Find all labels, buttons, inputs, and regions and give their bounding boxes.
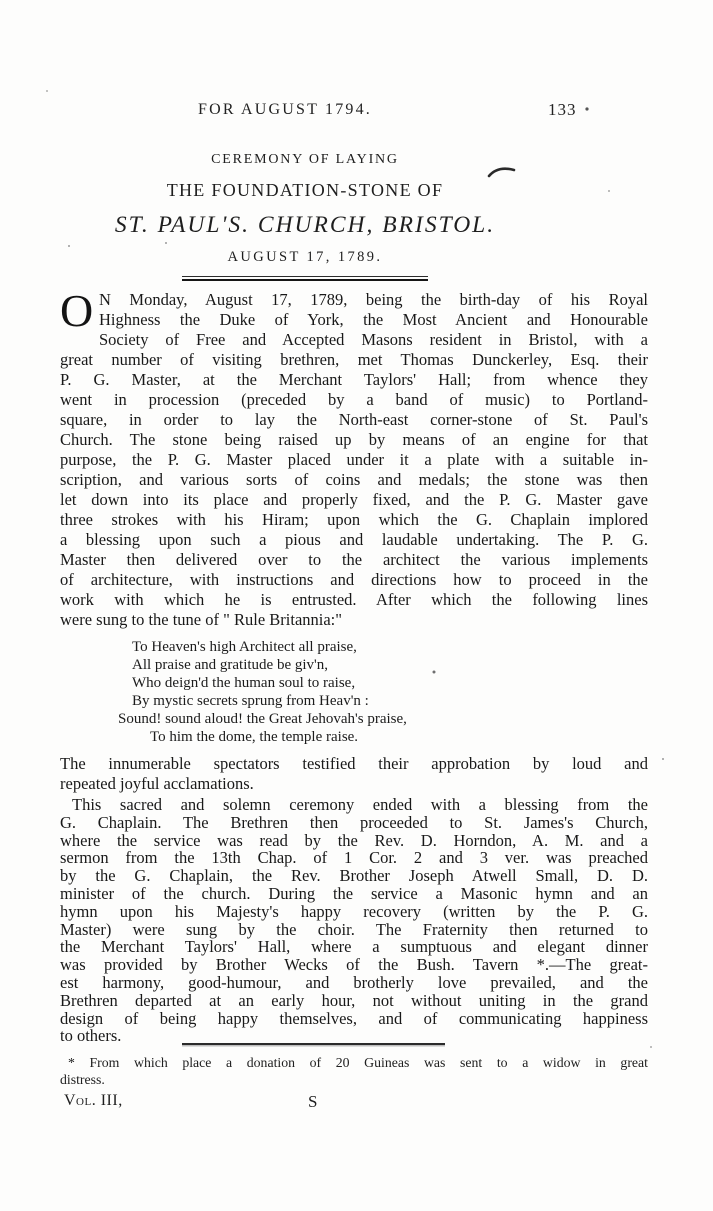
footnote: * From which place a donation of 20 Guin… [60, 1055, 648, 1088]
verse-line: To him the dome, the temple raise. [150, 728, 648, 746]
running-title: FOR AUGUST 1794. [85, 101, 485, 119]
verse-line: Sound! sound aloud! the Great Jehovah's … [118, 710, 648, 728]
text-line: a blessing upon such a pious and laudabl… [60, 530, 648, 550]
heading-kicker: CEREMONY OF LAYING [55, 152, 555, 168]
text-line: sermon from the 13th Chap. of 1 Cor. 2 a… [60, 849, 648, 867]
text-line: Brethren departed at an early hour, not … [60, 992, 648, 1010]
text-line: by the G. Chaplain, the Rev. Brother Jos… [60, 867, 648, 885]
text-line: the Merchant Taylors' Hall, where a sump… [60, 938, 648, 956]
article-heading: CEREMONY OF LAYING THE FOUNDATION-STONE … [55, 152, 555, 281]
text-line: design of being happy themselves, and of… [60, 1010, 648, 1028]
text-line: minister of the church. During the servi… [60, 885, 648, 903]
text-line: let down into its place and properly fix… [60, 490, 648, 510]
text-line: where the service was read by the Rev. D… [60, 832, 648, 850]
text-line: Church. The stone being raised up by mea… [60, 430, 648, 450]
article-body-upper: O N Monday, August 17, 1789, being the b… [60, 290, 648, 794]
footnote-line: distress. [60, 1072, 648, 1089]
paragraph-3: This sacred and solemn ceremony ended wi… [60, 796, 648, 1045]
paragraph-1: N Monday, August 17, 1789, being the bir… [60, 290, 648, 630]
heading-subtitle: THE FOUNDATION-STONE OF [55, 180, 555, 200]
text-line: repeated joyful acclamations. [60, 774, 648, 794]
scan-artifacts [0, 0, 2, 2]
text-line: N Monday, August 17, 1789, being the bir… [60, 290, 648, 310]
page-footer: Vol. III, S [60, 1092, 648, 1114]
article-body-lower: This sacred and solemn ceremony ended wi… [60, 796, 648, 1045]
verse-line: By mystic secrets sprung from Heav'n : [132, 692, 648, 710]
text-line: great number of visiting brethren, met T… [60, 350, 648, 370]
ink-stroke-mark [487, 166, 517, 180]
text-line: est harmony, good-humour, and brotherly … [60, 974, 648, 992]
drop-cap-letter: O [60, 290, 94, 331]
text-line: square, in order to lay the North-east c… [60, 410, 648, 430]
verse-line: To Heaven's high Architect all praise, [132, 638, 648, 656]
text-line: Highness the Duke of York, the Most Anci… [60, 310, 648, 330]
text-line: The innumerable spectators testified the… [60, 754, 648, 774]
text-line: scription, and various sorts of coins an… [60, 470, 648, 490]
verse-line: Who deign'd the human soul to raise, [132, 674, 648, 692]
article-title: ST. PAUL'S. CHURCH, BRISTOL. [55, 210, 555, 240]
footnote-divider [182, 1043, 445, 1045]
heading-date: AUGUST 17, 1789. [55, 249, 555, 265]
text-line: Society of Free and Accepted Masons resi… [60, 330, 648, 350]
scanned-document-page: FOR AUGUST 1794. 133 CEREMONY OF LAYING … [0, 0, 713, 1211]
volume-label: Vol. III, [64, 1092, 123, 1110]
text-line: went in procession (preceded by a band o… [60, 390, 648, 410]
verse-line: All praise and gratitude be giv'n, [132, 656, 648, 674]
hymn-verse: To Heaven's high Architect all praise,Al… [132, 638, 648, 746]
text-line: Master then delivered over to the archit… [60, 550, 648, 570]
text-line: of architecture, with instructions and d… [60, 570, 648, 590]
text-line: This sacred and solemn ceremony ended wi… [60, 796, 648, 814]
page-number: 133 [548, 100, 577, 120]
double-rule-divider [182, 276, 428, 281]
footnote-line: * From which place a donation of 20 Guin… [60, 1055, 648, 1072]
text-line: three strokes with his Hiram; upon which… [60, 510, 648, 530]
signature-mark: S [308, 1092, 317, 1112]
text-line: hymn upon his Majesty's happy recovery (… [60, 903, 648, 921]
paragraph-2: The innumerable spectators testified the… [60, 754, 648, 794]
text-line: were sung to the tune of " Rule Britanni… [60, 610, 648, 630]
text-line: G. Chaplain. The Brethren then proceeded… [60, 814, 648, 832]
text-line: P. G. Master, at the Merchant Taylors' H… [60, 370, 648, 390]
text-line: was provided by Brother Wecks of the Bus… [60, 956, 648, 974]
text-line: work with which he is entrusted. After w… [60, 590, 648, 610]
text-line: Master) were sung by the choir. The Frat… [60, 921, 648, 939]
text-line: purpose, the P. G. Master placed under i… [60, 450, 648, 470]
